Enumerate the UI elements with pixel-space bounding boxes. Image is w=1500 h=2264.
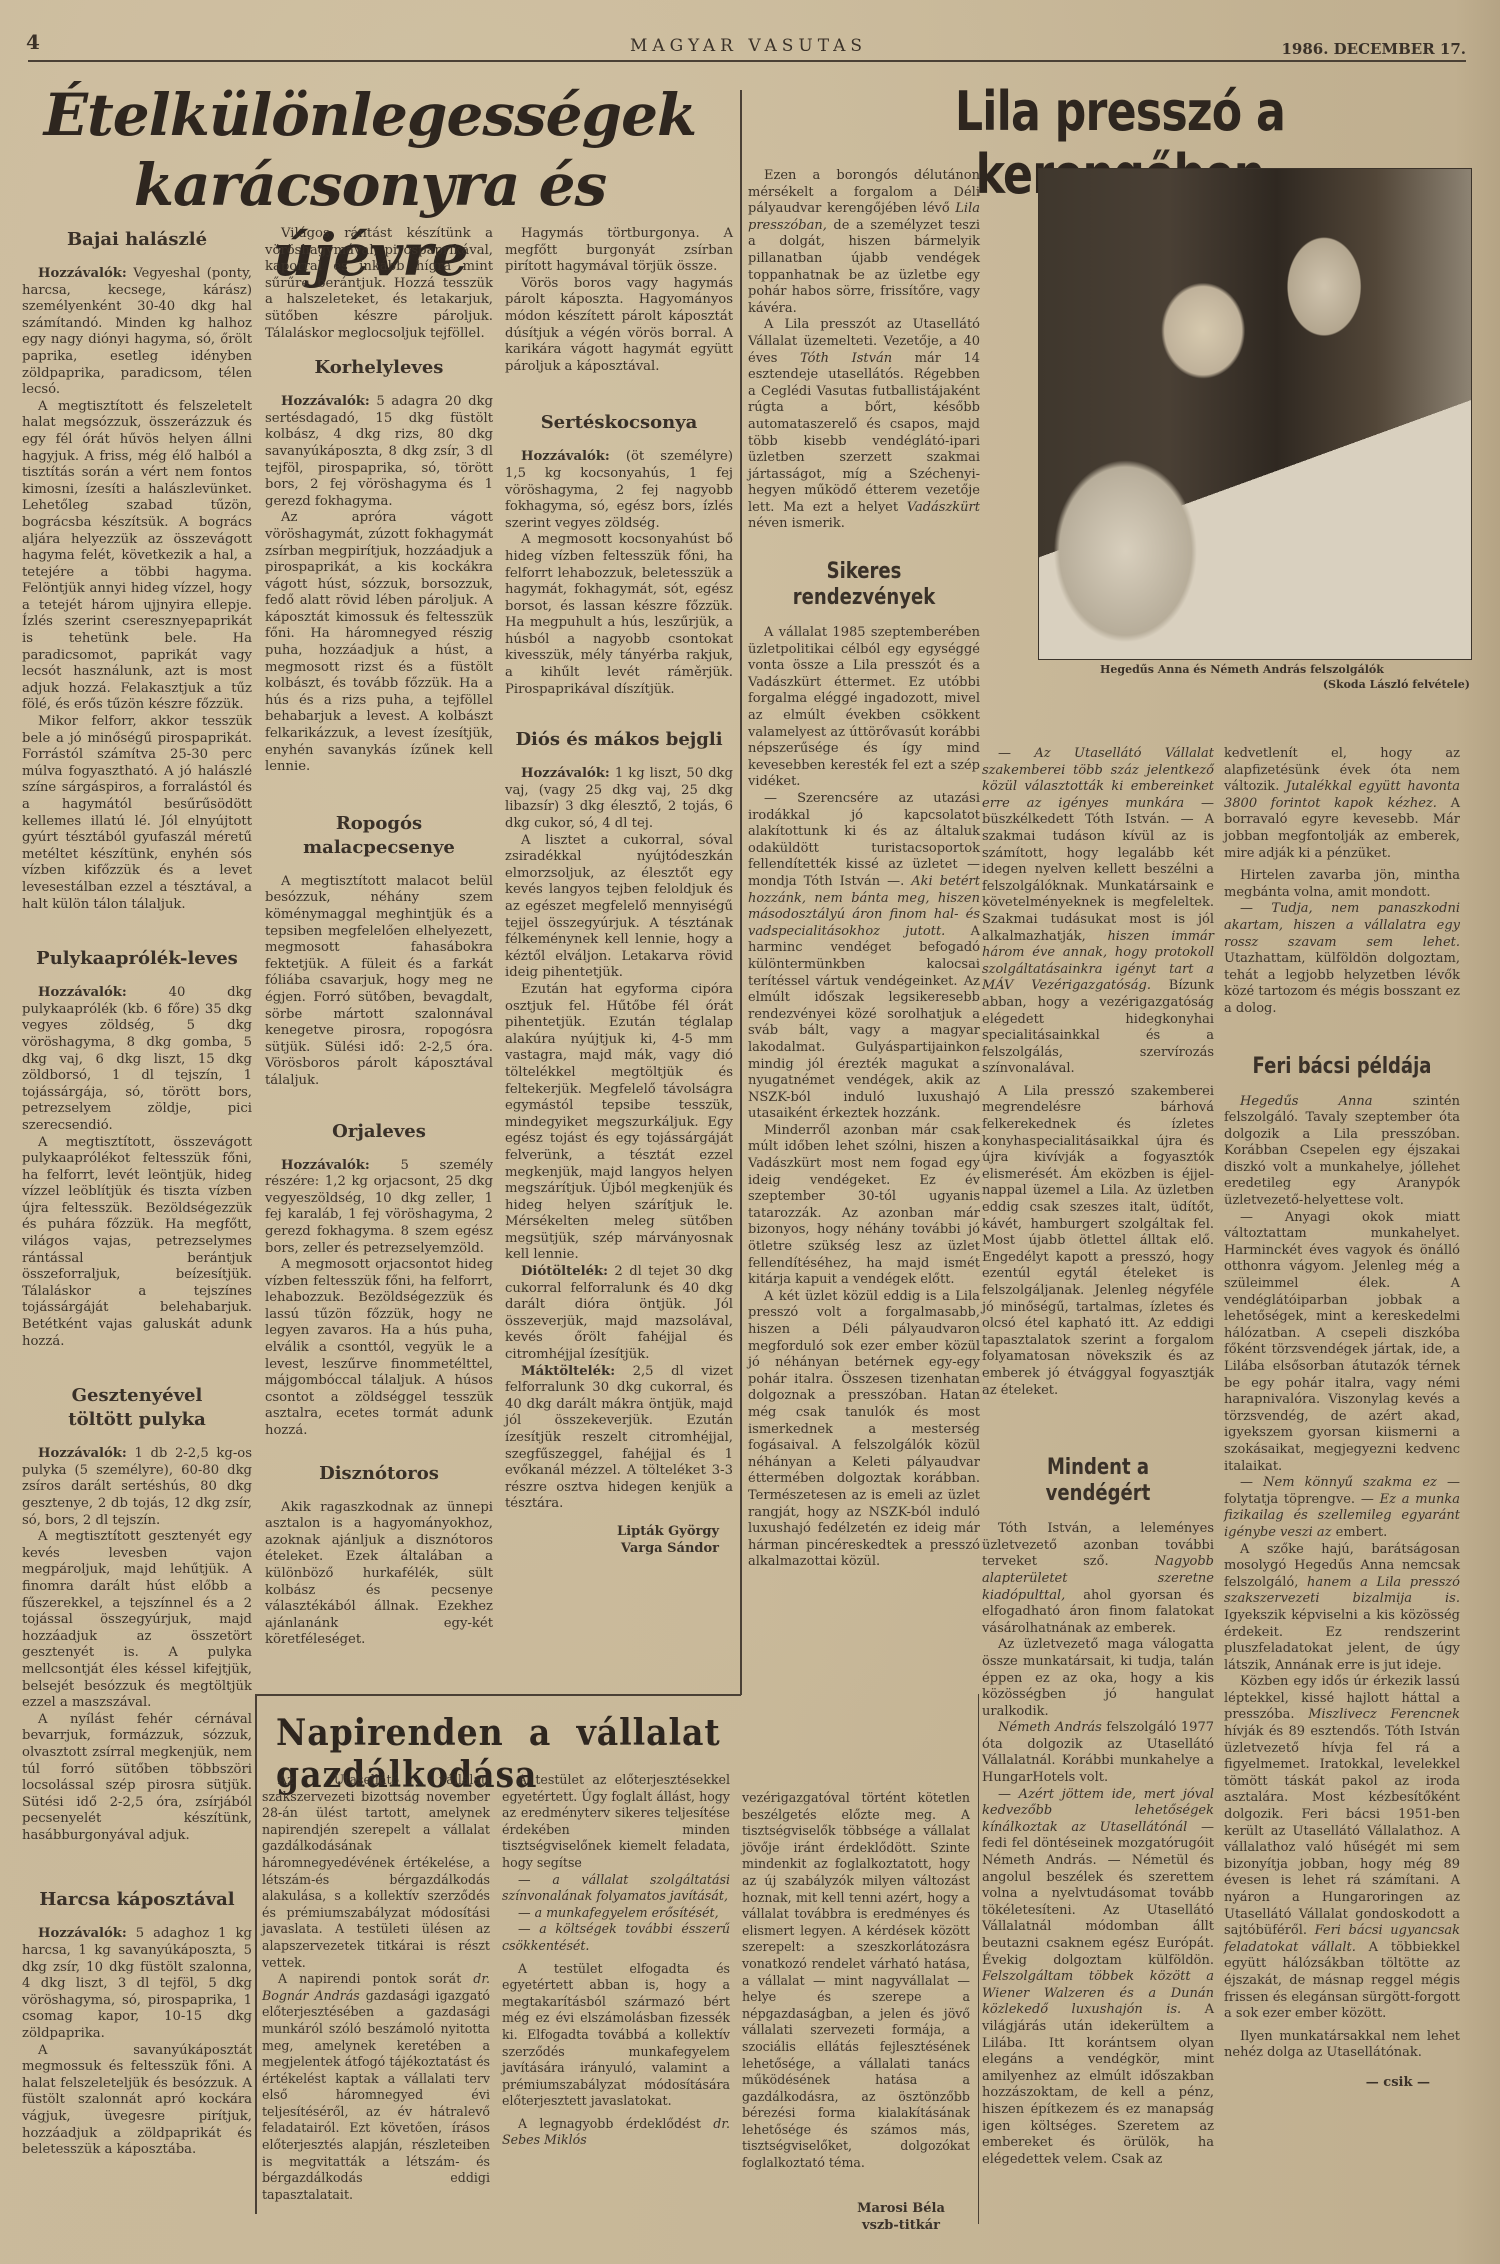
- quote-span: — Azért jöttem ide, mert jóval kedvezőbb…: [982, 1787, 1214, 1835]
- newspaper-page: 4 MAGYAR VASUTAS 1986. DECEMBER 17. Étel…: [0, 0, 1500, 2264]
- text-span: embert.: [1332, 1525, 1388, 1540]
- recipe-paragraph: A megmosott orjacsontot hideg vízben fel…: [265, 1257, 493, 1440]
- lila-column-3: kedvetlenít el, hogy az alapfizetésünk é…: [1224, 746, 1460, 2091]
- recipe-paragraph: A megtisztított és felszeletelt halat me…: [22, 399, 252, 714]
- ingredients-label: Hozzávalók:: [38, 1446, 127, 1461]
- header-rule: [28, 60, 1466, 62]
- lila-column-1: Ezen a borongós délutánon mérsékelt a fo…: [748, 168, 980, 1571]
- text-span: Utazhattam, külföldön dolgoztam, tehát a…: [1224, 951, 1460, 1016]
- ingredients-label: Hozzávalók:: [38, 266, 127, 281]
- text-span: már 14 esztendeje utasellátós. Régebben …: [748, 351, 980, 515]
- recipe-paragraph: A megtisztított malacot belül besózzuk, …: [265, 874, 493, 1090]
- article-paragraph: A vállalat 1985 szeptemberében üzletpoli…: [748, 625, 980, 791]
- ingredients-label: Hozzávalók:: [281, 1158, 370, 1173]
- text-span: A világjárás után idekerültem a Lilába. …: [982, 2002, 1214, 2166]
- subhead-line: Mindent a: [1003, 1455, 1193, 1481]
- recipe-paragraph: Hagymás törtburgonya. A megfőtt burgonyá…: [505, 226, 733, 276]
- article-paragraph: Hirtelen zavarba jön, mintha megbánta vo…: [1224, 868, 1460, 901]
- article-paragraph: Az Utasellátó vállalati szakszervezeti b…: [262, 1772, 490, 1971]
- filling-text: 2,5 dl vizet felforralunk 30 dkg cukorra…: [505, 1364, 733, 1512]
- recipe-title-line: malacpecsenye: [265, 836, 493, 860]
- article-paragraph: A két üzlet közül eddig is a Lila pressz…: [748, 1289, 980, 1571]
- box-right-rule: [978, 1694, 979, 2224]
- person-name: Miszlivecz Ferencnek: [1308, 1707, 1460, 1722]
- napirend-byline: Marosi Béla vszb-titkár: [742, 2200, 970, 2234]
- napirend-column-2: A testület az előterjesztésekkel egyetér…: [502, 1772, 730, 2149]
- article-paragraph: A testület elfogadta és egyetértett abba…: [502, 1961, 730, 2110]
- ingredients-label: Hozzávalók:: [281, 394, 370, 409]
- subhead-line: vendégért: [1003, 1481, 1193, 1507]
- subhead-feri: Feri bácsi példája: [1245, 1054, 1439, 1080]
- recipes-headline-line1: Ételkülönlegességek: [40, 80, 700, 150]
- bullet-item: — a költségek további ésszerű csökkentés…: [502, 1921, 730, 1954]
- recipe-title-bajai: Bajai halászlé: [22, 228, 252, 252]
- recipe-title-harcsa: Harcsa káposztával: [22, 1888, 252, 1912]
- person-name: Tóth István: [800, 351, 892, 366]
- recipe-paragraph: A megtisztított, összevágott pulykaapról…: [22, 1135, 252, 1351]
- subhead-mindent: Mindent a vendégért: [1003, 1455, 1193, 1507]
- filling-label: Máktöltelék:: [521, 1364, 615, 1379]
- recipe-paragraph: A megmosott kocsonyahúst bő hideg vízben…: [505, 532, 733, 698]
- text-span: Igyekszik képviselni a kis közösség érde…: [1224, 1608, 1460, 1673]
- venue-name: Vadászkürt: [907, 500, 980, 515]
- text-span: Ezen a borongós délutánon mérsékelt a fo…: [748, 168, 980, 216]
- ingredients-label: Hozzávalók:: [38, 1926, 127, 1941]
- text-span: — fedi fel döntéseinek mozgatórugóit Ném…: [982, 1820, 1214, 1968]
- recipe-title-bejgli: Diós és mákos bejgli: [505, 728, 733, 752]
- text-span: A napirendi pontok sorát: [278, 1971, 473, 1986]
- text-span: néven ismerik.: [748, 516, 845, 531]
- recipe-title-line: Ropogós: [265, 812, 493, 836]
- author-title: vszb-titkár: [832, 2217, 970, 2234]
- recipe-paragraph: A savanyúkáposztát megmossuk és feltessz…: [22, 2043, 252, 2159]
- recipe-title-disznotoros: Disznótoros: [265, 1462, 493, 1486]
- ingredients-label: Hozzávalók:: [521, 766, 610, 781]
- article-paragraph: A testület az előterjesztésekkel egyetér…: [502, 1772, 730, 1872]
- recipe-paragraph: A nyílást fehér cérnával bevarrjuk, form…: [22, 1712, 252, 1845]
- napirend-column-1: Az Utasellátó vállalati szakszervezeti b…: [262, 1772, 490, 2203]
- photo-credit: (Skoda László felvétele): [1040, 677, 1470, 692]
- ingredients-label: Hozzávalók:: [521, 449, 610, 464]
- caption-text: Hegedűs Anna és Németh András felszolgál…: [1040, 662, 1470, 677]
- quote-span: — Nem könnyű szakma ez: [1240, 1475, 1437, 1490]
- box-top-rule: [255, 1694, 741, 1696]
- filling-label: Diótöltelék:: [521, 1264, 608, 1279]
- recipe-title-line: töltött pulyka: [22, 1408, 252, 1432]
- person-name: Németh András: [998, 1720, 1102, 1735]
- recipe-paragraph: Világos rántást készítünk a vöröshagymáv…: [265, 226, 493, 342]
- article-paragraph: vezérigazgatóval történt kötetlen beszél…: [742, 1790, 970, 2172]
- recipe-title-malac: Ropogós malacpecsenye: [265, 812, 493, 860]
- recipe-paragraph: Akik ragaszkodnak az ünnepi asztalon is …: [265, 1500, 493, 1649]
- ingredients-text: 5 adagra 20 dkg sertésdagadó, 15 dkg füs…: [265, 394, 493, 509]
- author-name: Varga Sándor: [505, 1540, 719, 1557]
- recipes-column-1: Bajai halászlé Hozzávalók: Vegyeshal (po…: [22, 222, 252, 2159]
- subhead-line: rendezvények: [769, 585, 959, 611]
- article-paragraph: A Lila presszó szakemberei megrendelésre…: [982, 1084, 1214, 1399]
- recipe-paragraph: Mikor felforr, akkor tesszük bele a jó m…: [22, 714, 252, 913]
- ingredients-text: Vegyeshal (ponty, harcsa, kecsege, kárás…: [22, 266, 252, 397]
- bullet-item: — a munkafegyelem erősítését,: [502, 1905, 730, 1922]
- quote-span: — Az Utasellátó Vállalat szakemberei töb…: [982, 746, 1214, 811]
- photo-waiters: [1038, 168, 1472, 660]
- recipe-paragraph: A lisztet a cukorral, sóval zsiradékkal …: [505, 833, 733, 982]
- bullet-item: — a vállalat szolgáltatási színvonalának…: [502, 1872, 730, 1905]
- article-paragraph: — Anyagi okok miatt változtattam munkahe…: [1224, 1210, 1460, 1476]
- text-span: A harminc vendéget befogadó különtermünk…: [748, 924, 980, 1122]
- quote-span: Felszolgáltam többek között a Wiener Wal…: [982, 1969, 1214, 2017]
- issue-date: 1986. DECEMBER 17.: [1281, 40, 1466, 58]
- ingredients-text: 40 dkg pulykaaprólék (kb. 6 főre) 35 dkg…: [22, 985, 252, 1133]
- article-paragraph: Ilyen munkatársakkal nem lehet nehéz dol…: [1224, 2029, 1460, 2062]
- column-divider: [740, 90, 742, 1695]
- person-name: Hegedűs Anna: [1240, 1094, 1372, 1109]
- article-paragraph: Minderről azonban már csak múlt időben l…: [748, 1123, 980, 1289]
- photo-caption: Hegedűs Anna és Németh András felszolgál…: [1040, 662, 1470, 692]
- recipe-title-pulyka-leves: Pulykaaprólék-leves: [22, 947, 252, 971]
- recipe-title-gesztenyes: Gesztenyével töltött pulyka: [22, 1384, 252, 1432]
- subhead-line: Sikeres: [769, 559, 959, 585]
- recipe-paragraph: Ezután hat egyforma cipóra osztjuk fel. …: [505, 982, 733, 1264]
- text-span: szintén felszolgáló. Tavaly szeptember ó…: [1224, 1094, 1460, 1209]
- text-span: — büszkélkedett Tóth István. — A szakmai…: [982, 796, 1214, 944]
- napirend-column-3: vezérigazgatóval történt kötetlen beszél…: [742, 1790, 970, 2234]
- recipe-title-korhely: Korhelyleves: [265, 356, 493, 380]
- quote-span: — Tudja, nem panaszkodni akartam, hiszen…: [1224, 901, 1460, 949]
- ingredients-label: Hozzávalók:: [38, 985, 127, 1000]
- publication-title: MAGYAR VASUTAS: [630, 36, 867, 56]
- box-left-rule: [255, 1694, 257, 2214]
- ingredients-text: 5 adaghoz 1 kg harcsa, 1 kg savanyúkápos…: [22, 1926, 252, 2041]
- text-span: gazdasági igazgató előterjesztésében a g…: [262, 1988, 490, 2202]
- recipes-column-2: Világos rántást készítünk a vöröshagymáv…: [265, 226, 493, 1649]
- recipes-byline: Lipták György Varga Sándor: [505, 1523, 733, 1557]
- article-paragraph: Az üzletvezető maga válogatta össze munk…: [982, 1637, 1214, 1720]
- recipe-title-line: Gesztenyével: [22, 1384, 252, 1408]
- recipe-paragraph: A megtisztított gesztenyét egy kevés lev…: [22, 1529, 252, 1712]
- author-name: Marosi Béla: [832, 2200, 970, 2217]
- recipes-column-3: Hagymás törtburgonya. A megfőtt burgonyá…: [505, 226, 733, 1557]
- recipe-title-kocsonya: Sertéskocsonya: [505, 411, 733, 435]
- lila-byline: — csik —: [1224, 2074, 1460, 2091]
- recipe-paragraph: Az apróra vágott vöröshagymát, zúzott fo…: [265, 510, 493, 776]
- subhead-sikeres: Sikeres rendezvények: [769, 559, 959, 611]
- text-span: A legnagyobb érdeklődést: [518, 2116, 713, 2131]
- lila-column-2: — Az Utasellátó Vállalat szakemberei töb…: [982, 746, 1214, 2168]
- text-span: hívják és 89 esztendős. Tóth István üzle…: [1224, 1724, 1460, 1938]
- page-number: 4: [26, 30, 40, 54]
- recipe-paragraph: Vörös boros vagy hagymás párolt káposzta…: [505, 276, 733, 376]
- author-name: Lipták György: [505, 1523, 719, 1540]
- recipe-title-orja: Orjaleves: [265, 1120, 493, 1144]
